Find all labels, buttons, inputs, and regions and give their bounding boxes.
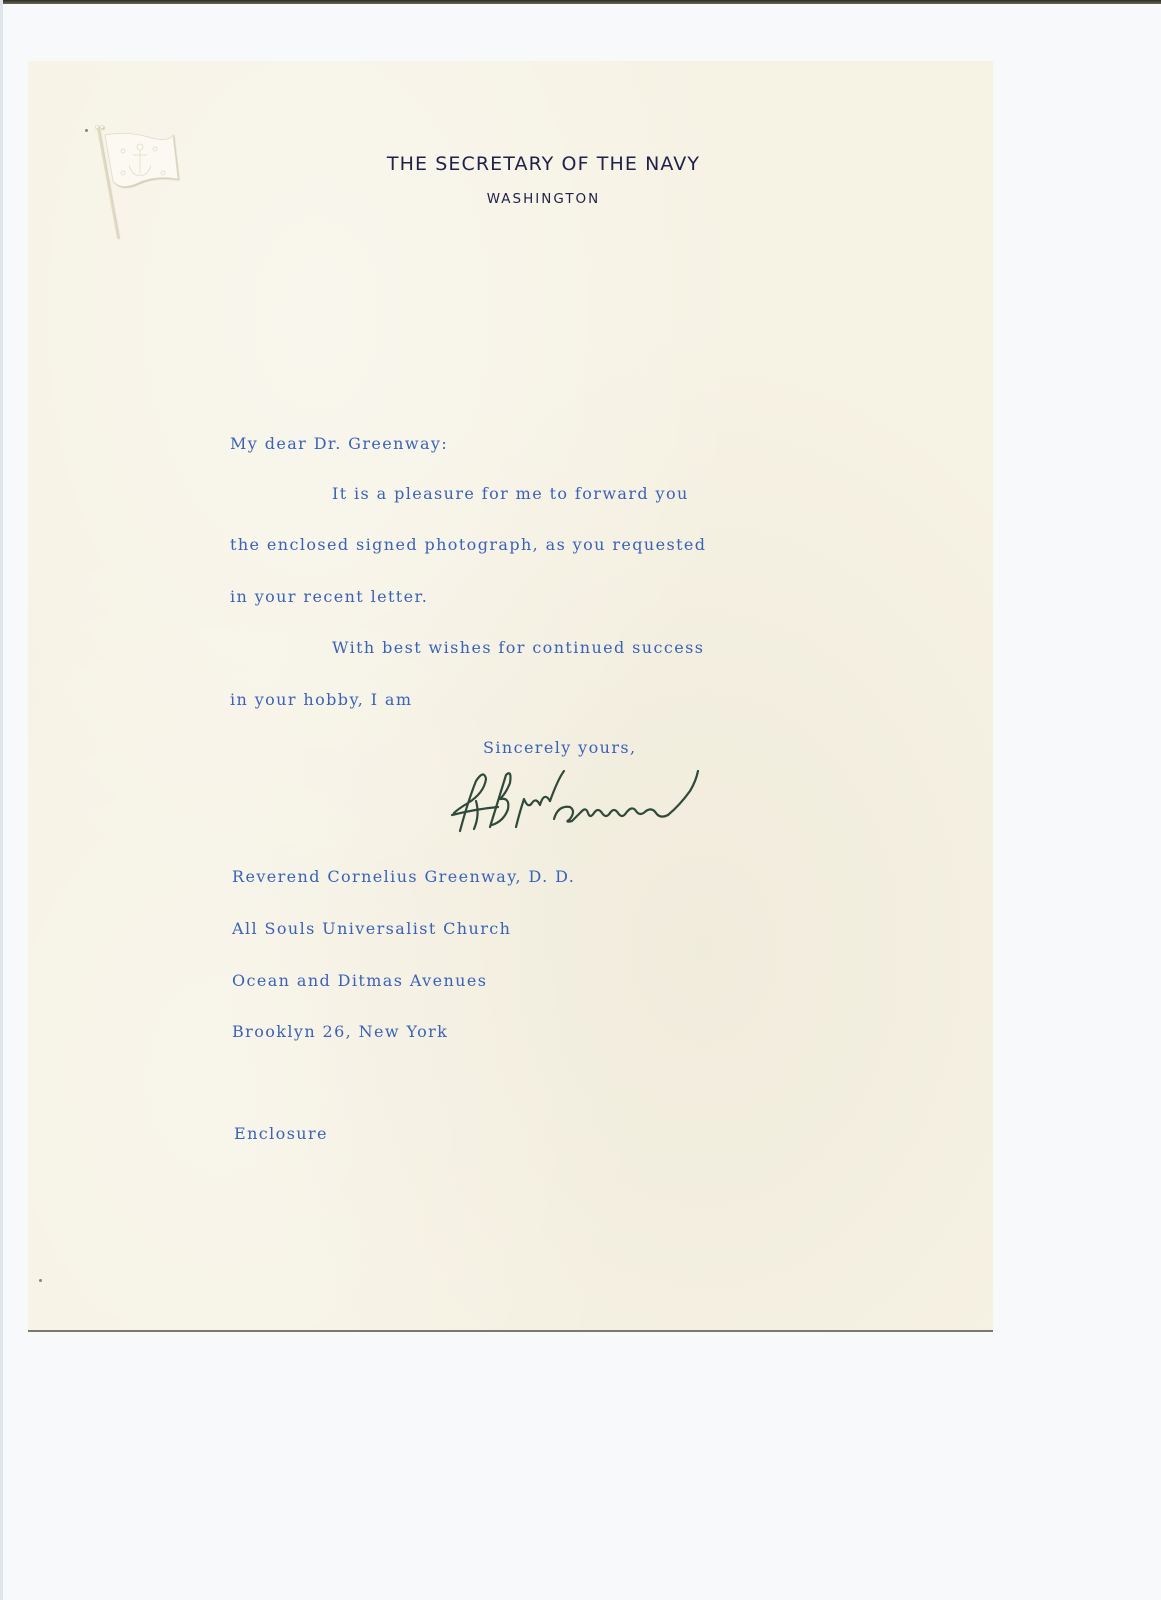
paper-speck [85,129,88,132]
recipient-street: Ocean and Ditmas Avenues [232,971,487,990]
recipient-organization: All Souls Universalist Church [232,919,511,938]
closing: Sincerely yours, [483,738,637,757]
enclosure-note: Enclosure [234,1124,328,1143]
recipient-city: Brooklyn 26, New York [232,1022,448,1041]
paragraph-2-line: With best wishes for continued success [332,638,704,657]
paragraph-1-line: in your recent letter. [230,587,428,606]
paper-bottom-edge [28,1330,993,1332]
recipient-name: Reverend Cornelius Greenway, D. D. [232,867,575,886]
paragraph-1-line: the enclosed signed photograph, as you r… [230,535,706,554]
handwritten-signature [446,761,746,841]
scan-top-border [0,0,1161,4]
paragraph-1-line: It is a pleasure for me to forward you [332,484,689,503]
letterhead-title: THE SECRETARY OF THE NAVY [28,153,993,175]
scan-left-border [0,0,3,1600]
paragraph-2-line: in your hobby, I am [230,690,412,709]
embossed-navy-flag-anchor-icon [93,123,193,243]
letter-page: THE SECRETARY OF THE NAVY WASHINGTON My … [28,61,993,1330]
paper-speck [39,1279,42,1282]
letterhead-city: WASHINGTON [28,191,993,207]
salutation: My dear Dr. Greenway: [230,434,448,453]
